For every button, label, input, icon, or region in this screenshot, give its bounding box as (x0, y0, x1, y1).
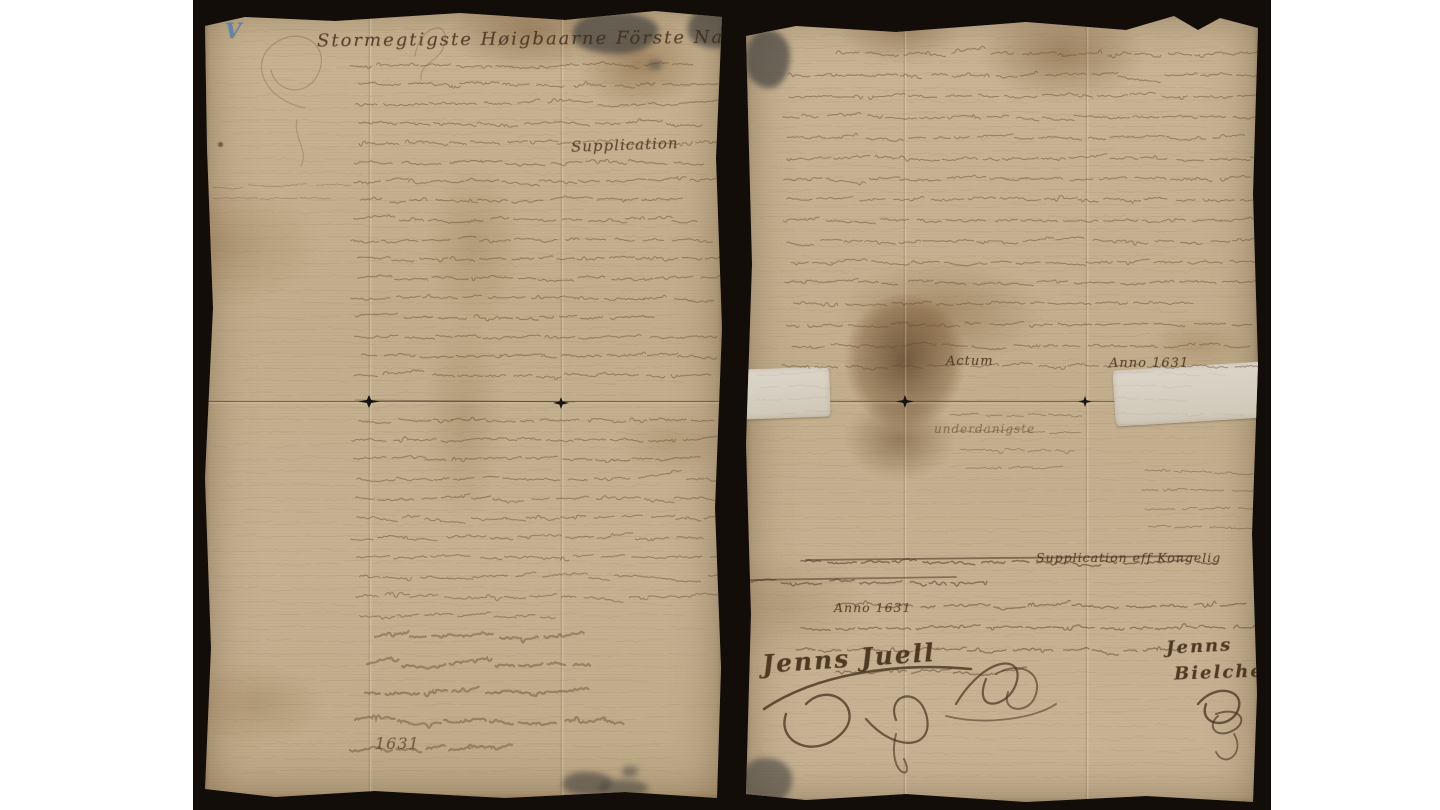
word-underdanigste: underdanigste (934, 422, 1035, 436)
date-line-anno-1631: Anno 1631 (1109, 356, 1189, 371)
ink-smudge (622, 766, 638, 777)
word-actum: Actum (946, 354, 994, 369)
archival-mark-v: V (225, 18, 241, 43)
date-1631: 1631 (375, 734, 420, 753)
word-supplication: Supplication (571, 134, 679, 156)
manuscript-left-page: V Stormegtigste Høigbaarne Förste Naerna… (205, 8, 722, 798)
anno-1631-fragment: Anno 1631 (834, 600, 911, 615)
manuscript-right-page: Actum Anno 1631 underdanigste Supplicati… (746, 14, 1258, 802)
ink-dot (218, 142, 223, 147)
supplication-kongelig-fragment: Supplication eff Kongelig (1036, 550, 1221, 565)
ink-smudge (746, 30, 790, 88)
signature-jens-bielche-line1: Jenns (1165, 634, 1232, 658)
handwriting-layer-left (205, 8, 722, 798)
ink-smudge (648, 60, 662, 70)
signature-jens-bielche-line2: Bielche (1174, 660, 1265, 684)
document-scan-photo: V Stormegtigste Høigbaarne Förste Naerna… (0, 0, 1440, 810)
